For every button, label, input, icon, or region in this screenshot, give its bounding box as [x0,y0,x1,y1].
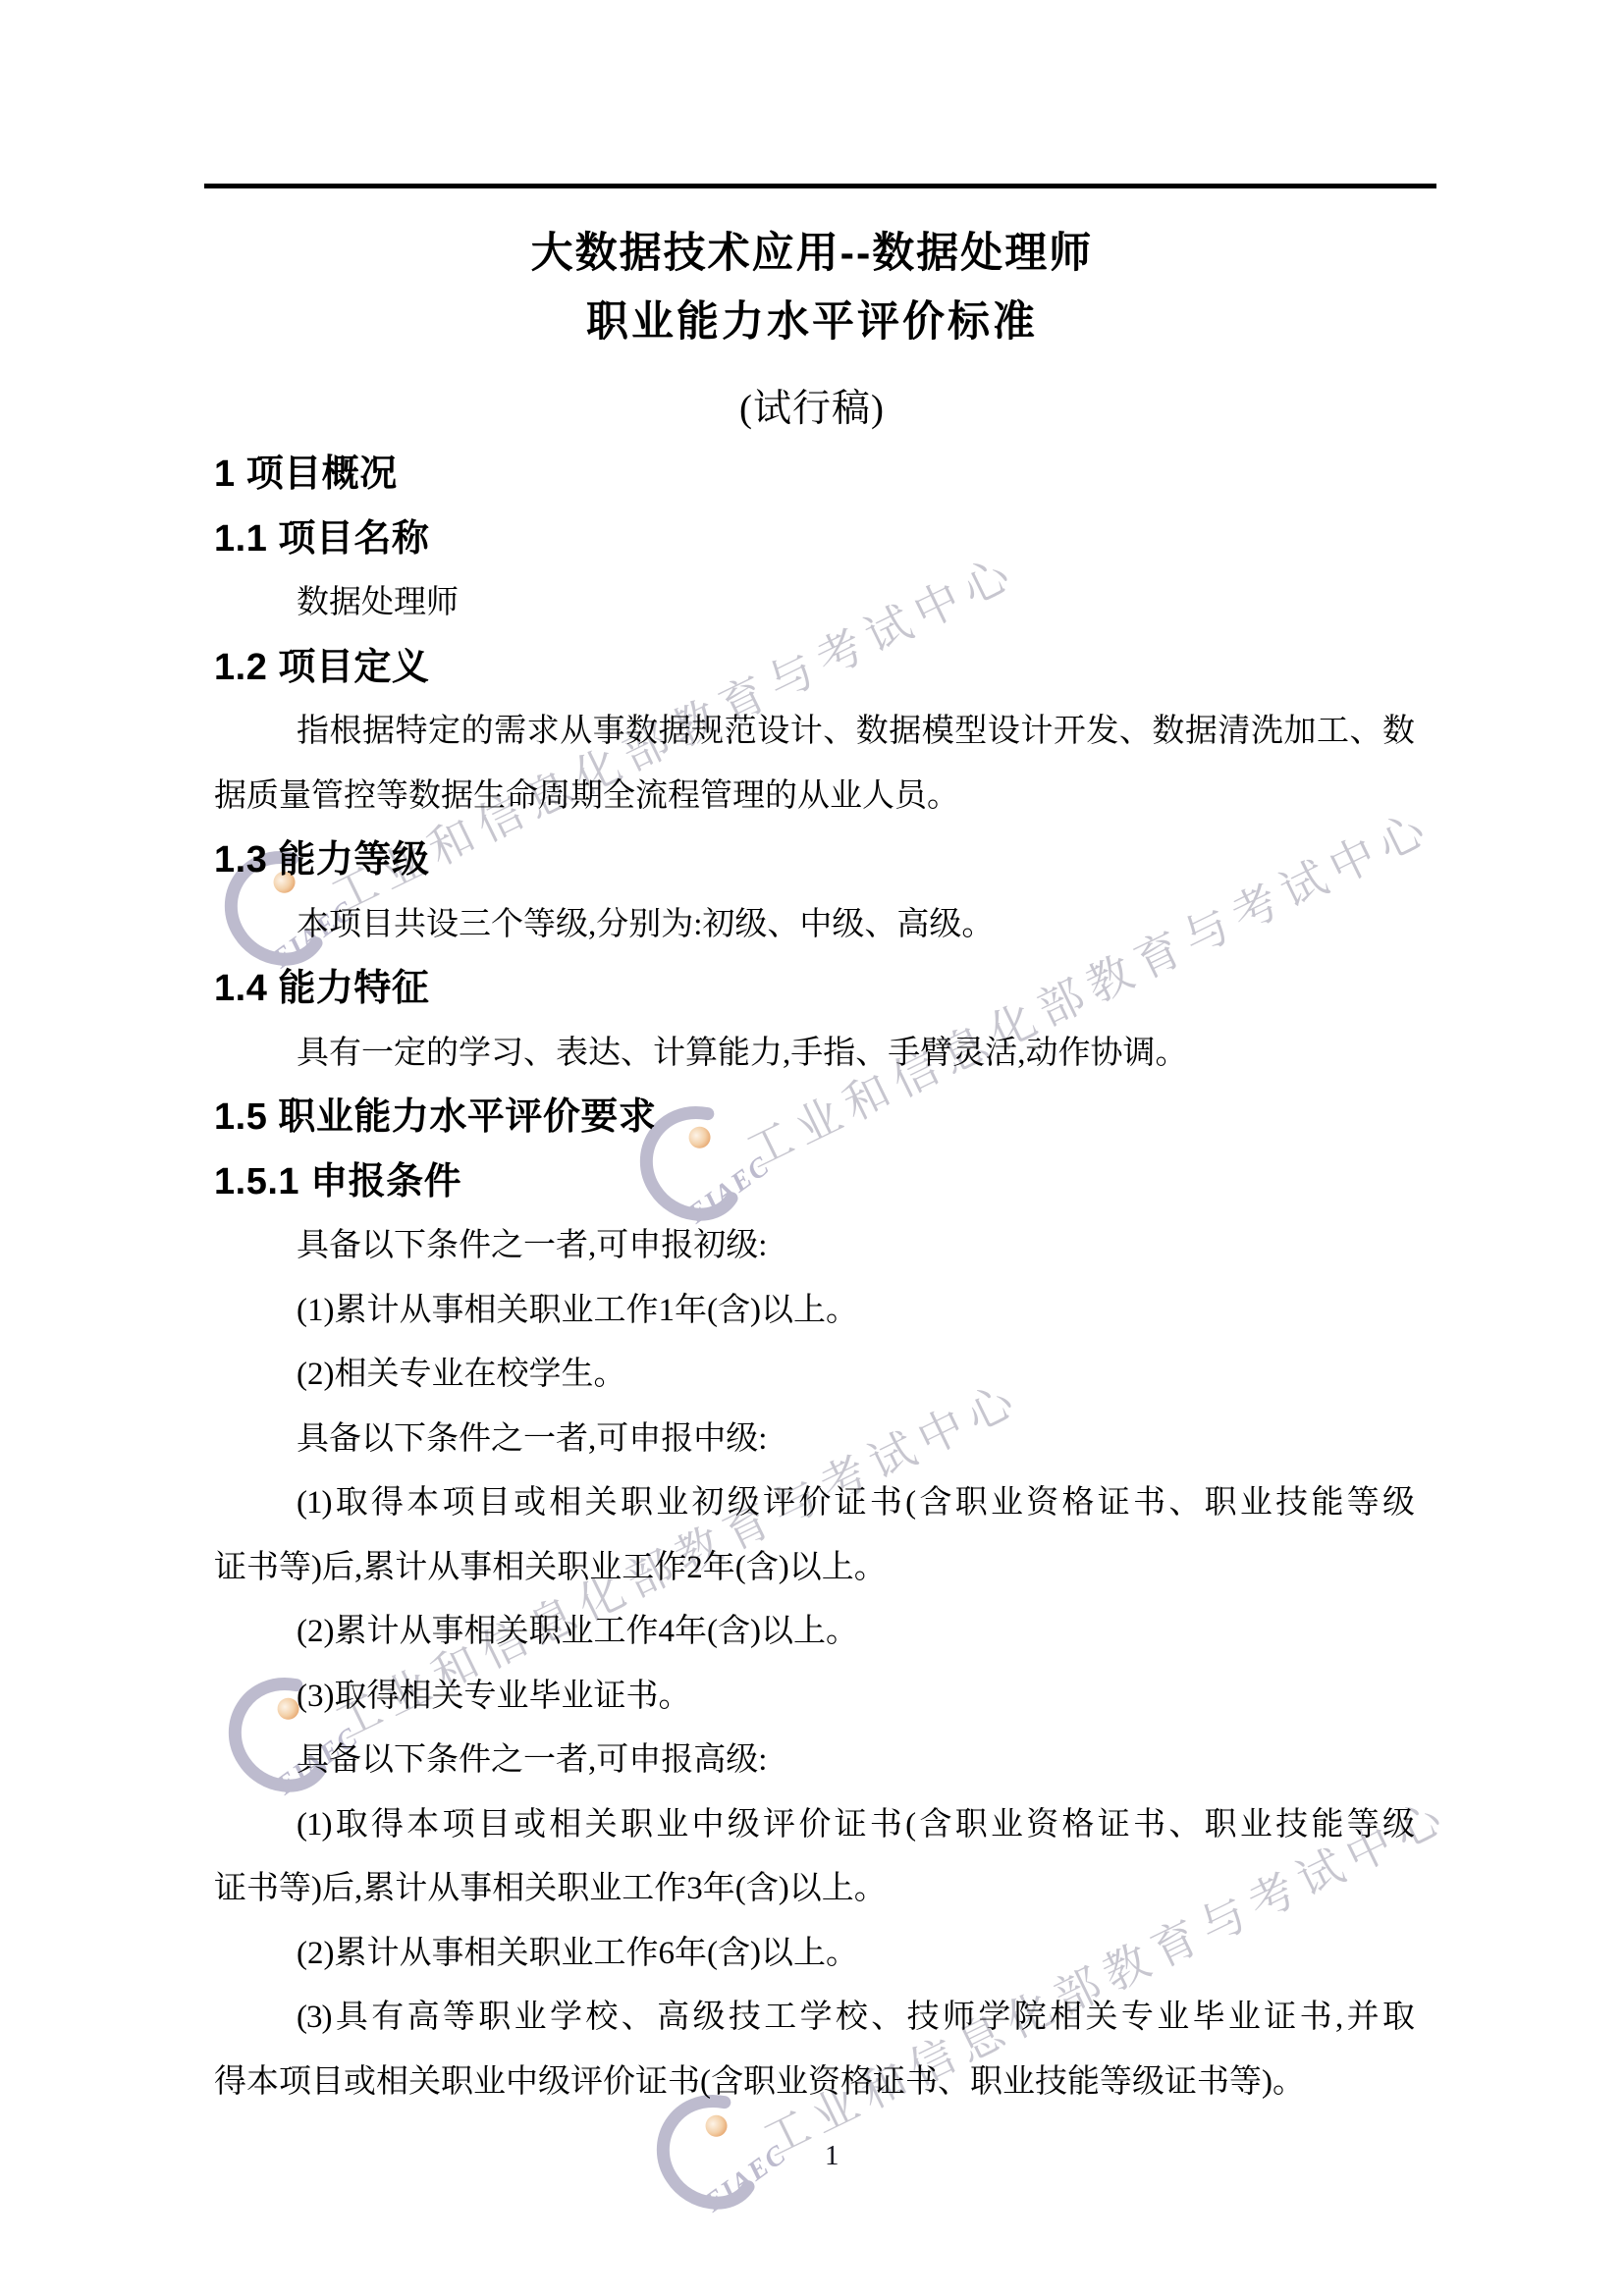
body-line: 1.5.1 申报条件 [214,1150,1414,1215]
body-line: 证书等)后,累计从事相关职业工作3年(含)以上。 [214,1857,1414,1922]
body-text: 1 项目概况1.1 项目名称数据处理师1.2 项目定义指根据特定的需求从事数据规… [214,443,1414,2114]
body-line: (2)累计从事相关职业工作6年(含)以上。 [214,1922,1414,1987]
body-line: 1.3 能力等级 [214,828,1414,893]
body-line: 数据处理师 [214,571,1414,636]
logo-dot [702,2111,731,2140]
body-line: 指根据特定的需求从事数据规范设计、数据模型设计开发、数据清洗加工、数 [214,700,1414,765]
body-line: 1.5 职业能力水平评价要求 [214,1086,1414,1150]
body-line: (2)累计从事相关职业工作4年(含)以上。 [214,1600,1414,1665]
body-line: (1)累计从事相关职业工作1年(含)以上。 [214,1279,1414,1344]
body-line: 具备以下条件之一者,可申报中级: [214,1408,1414,1472]
body-line: (2)相关专业在校学生。 [214,1343,1414,1408]
body-line: (1)取得本项目或相关职业中级评价证书(含职业资格证书、职业技能等级 [214,1793,1414,1858]
watermark-logo-letters: EIAEC [698,2139,792,2219]
body-line: 1.1 项目名称 [214,507,1414,572]
body-line: (3)取得相关专业毕业证书。 [214,1665,1414,1730]
body-line: 具备以下条件之一者,可申报高级: [214,1729,1414,1793]
document-page: EIAEC 工业和信息化部教育与考试中心 EIAEC 工业和信息化部教育与考试中… [0,0,1624,2296]
body-line: (1)取得本项目或相关职业初级评价证书(含职业资格证书、职业技能等级 [214,1471,1414,1536]
body-line: (3)具有高等职业学校、高级技工学校、技师学院相关专业毕业证书,并取 [214,1986,1414,2051]
body-line: 得本项目或相关职业中级评价证书(含职业资格证书、职业技能等级证书等)。 [214,2051,1414,2115]
body-line: 1.2 项目定义 [214,636,1414,701]
document-title-line2: 职业能力水平评价标准 [0,289,1624,348]
body-line: 1 项目概况 [214,443,1414,507]
body-line: 本项目共设三个等级,分别为:初级、中级、高级。 [214,893,1414,958]
body-line: 具备以下条件之一者,可申报初级: [214,1214,1414,1279]
body-line: 证书等)后,累计从事相关职业工作2年(含)以上。 [214,1536,1414,1601]
body-line: 据质量管控等数据生命周期全流程管理的从业人员。 [214,765,1414,829]
body-line: 具有一定的学习、表达、计算能力,手指、手臂灵活,动作协调。 [214,1022,1414,1087]
header-rule [204,184,1436,188]
page-number: 1 [825,2140,839,2172]
document-subtitle-draft: (试行稿) [0,378,1624,433]
document-title-line1: 大数据技术应用--数据处理师 [0,220,1624,280]
body-line: 1.4 能力特征 [214,957,1414,1022]
